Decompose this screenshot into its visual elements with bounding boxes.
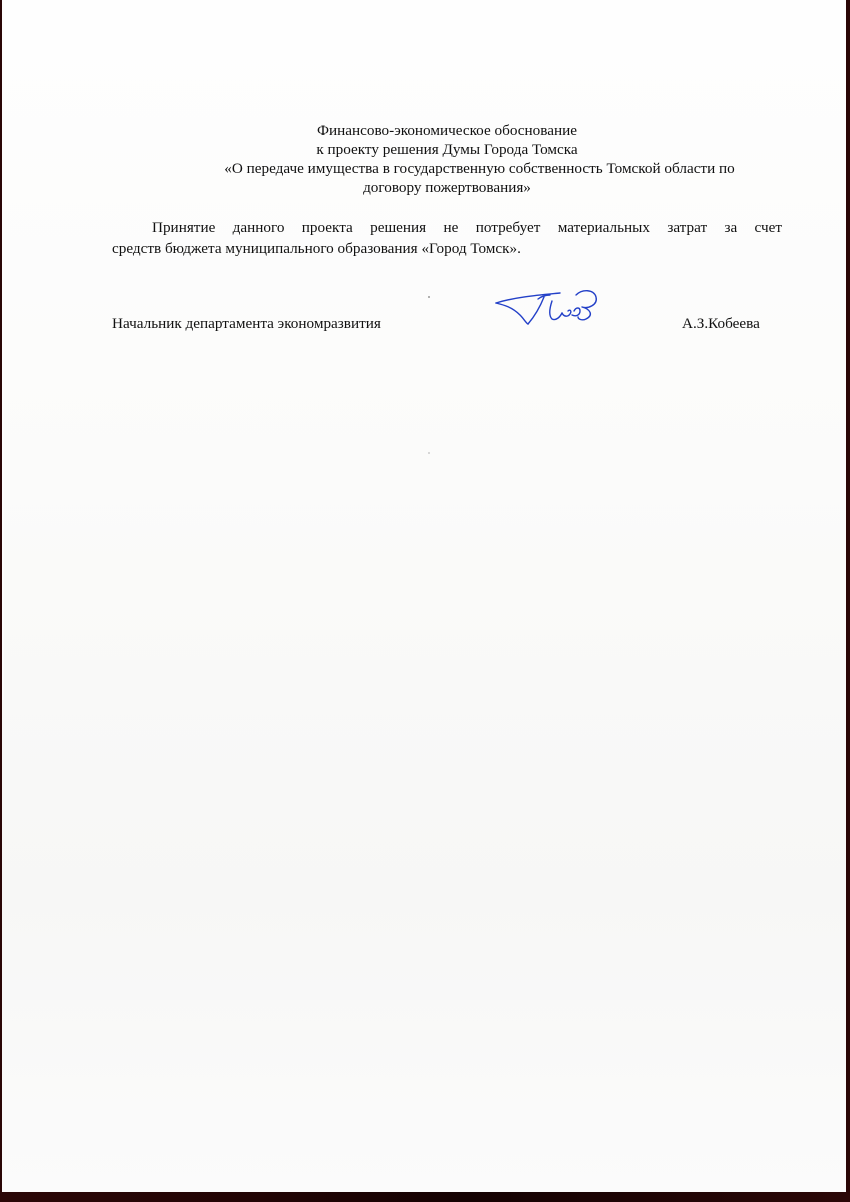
body-paragraph-line-2: средств бюджета муниципального образован… bbox=[112, 239, 521, 258]
body-paragraph-line-1: Принятие данного проекта решения не потр… bbox=[112, 218, 782, 237]
scan-border-bottom bbox=[0, 1192, 850, 1202]
scanned-page: Финансово-экономическое обоснование к пр… bbox=[2, 0, 846, 1192]
scan-speck bbox=[428, 296, 430, 298]
page-edge bbox=[2, 0, 4, 700]
title-line-2: к проекту решения Думы Города Томска bbox=[112, 140, 782, 159]
scan-speck bbox=[428, 452, 430, 454]
handwritten-signature-icon bbox=[490, 287, 605, 327]
title-line-1: Финансово-экономическое обоснование bbox=[112, 121, 782, 140]
title-line-4: договору пожертвования» bbox=[112, 178, 782, 197]
signatory-position: Начальник департамента экономразвития bbox=[112, 314, 381, 333]
title-line-3: «О передаче имущества в государственную … bbox=[112, 159, 847, 178]
signatory-name: А.З.Кобеева bbox=[682, 314, 760, 333]
